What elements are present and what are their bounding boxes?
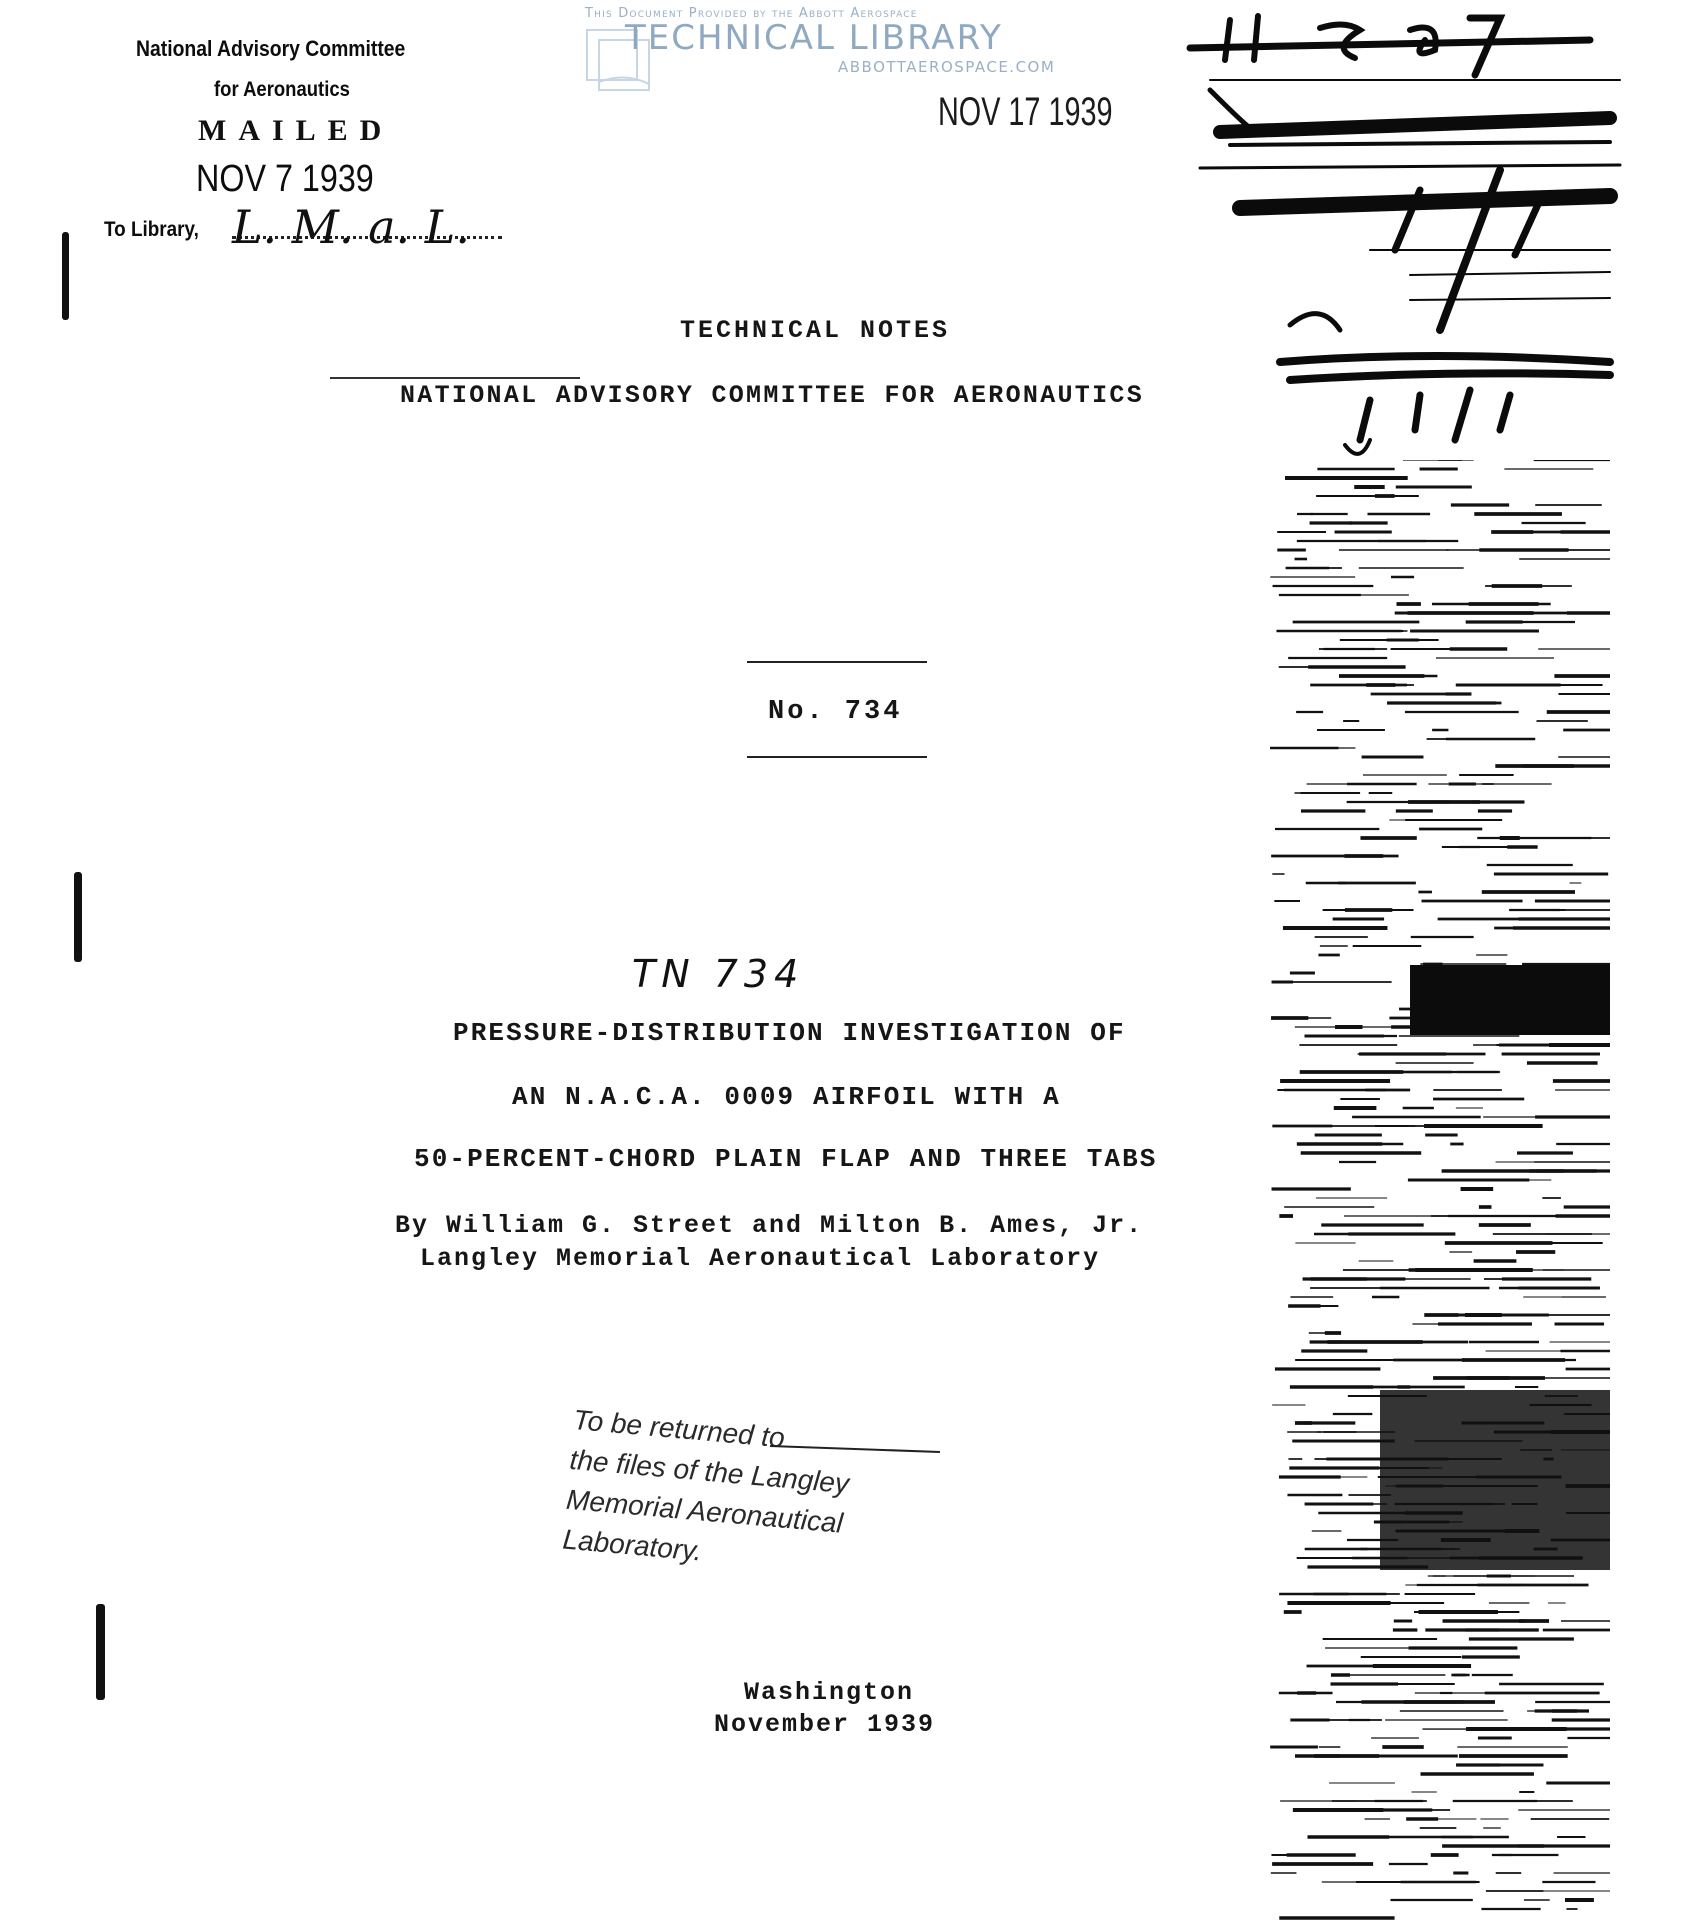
- stamp-date: NOV 7 1939: [196, 158, 374, 201]
- stamp-initials: L. M. a. L.: [232, 200, 470, 254]
- margin-bracket-mark: [62, 232, 69, 320]
- handwritten-document-number: TN 734: [632, 952, 804, 996]
- publication-place: Washington: [744, 1678, 914, 1707]
- title-line-2: AN N.A.C.A. 0009 AIRFOIL WITH A: [512, 1082, 1061, 1112]
- laboratory: Langley Memorial Aeronautical Laboratory: [420, 1244, 1100, 1273]
- publication-date: November 1939: [714, 1710, 935, 1739]
- title-line-3: 50-PERCENT-CHORD PLAIN FLAP AND THREE TA…: [414, 1144, 1158, 1174]
- stamp-status: MAILED: [198, 114, 393, 148]
- document-number: No. 734: [768, 697, 902, 727]
- handwritten-annotation: [1170, 0, 1630, 480]
- scan-noise: [1230, 460, 1650, 1920]
- stamp-organization-line2: for Aeronautics: [214, 78, 350, 102]
- authors: By William G. Street and Milton B. Ames,…: [395, 1211, 1143, 1240]
- organization-heading: NATIONAL ADVISORY COMMITTEE FOR AERONAUT…: [400, 381, 1144, 410]
- margin-bracket-mark: [74, 872, 82, 962]
- watermark-url: ABBOTTAEROSPACE.COM: [838, 58, 1055, 76]
- number-rule-top: [747, 661, 927, 663]
- title-line-1: PRESSURE-DISTRIBUTION INVESTIGATION OF: [453, 1018, 1126, 1048]
- margin-bracket-mark: [96, 1604, 105, 1700]
- return-stamp: To be returned to the files of the Langl…: [561, 1400, 854, 1584]
- series-heading: TECHNICAL NOTES: [680, 316, 950, 345]
- stamp-to-label: To Library,: [104, 218, 199, 242]
- received-stamp-date: NOV 17 1939: [938, 90, 1113, 135]
- divider-line: [330, 377, 580, 379]
- stamp-organization-line1: National Advisory Committee: [136, 36, 405, 62]
- watermark-library: TECHNICAL LIBRARY: [625, 18, 1003, 58]
- number-rule-bottom: [747, 756, 927, 758]
